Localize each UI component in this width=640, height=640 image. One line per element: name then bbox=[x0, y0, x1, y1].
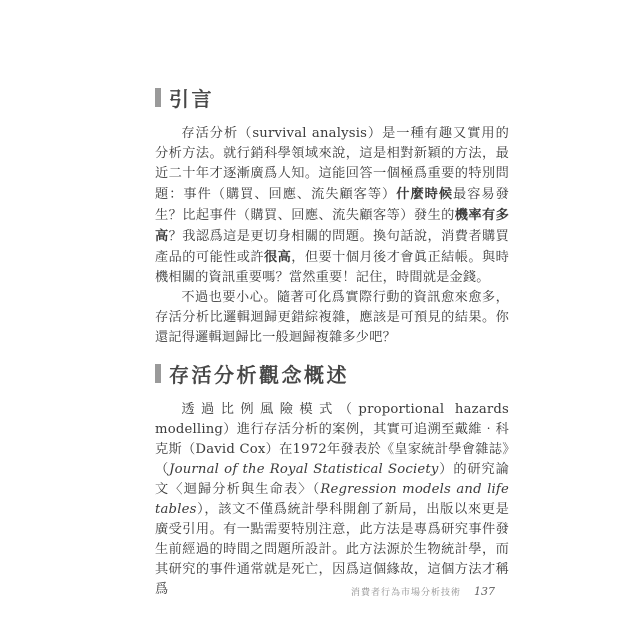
section-survival-analysis-overview: 存活分析觀念概述 透過比例風險模式（proportional hazards m… bbox=[155, 362, 509, 600]
heading-marker-bar-icon bbox=[155, 88, 161, 107]
page-content: 引言 存活分析（survival analysis）是一種有趣又實用的分析方法。… bbox=[155, 86, 509, 600]
emphasis-bold-text: 什麼時候 bbox=[396, 186, 453, 201]
italic-title-text: Journal of the Royal Statistical Society bbox=[169, 462, 438, 477]
page-footer: 消費者行為市場分析技術 137 bbox=[351, 585, 495, 598]
book-page: 引言 存活分析（survival analysis）是一種有趣又實用的分析方法。… bbox=[0, 0, 640, 640]
footer-page-number: 137 bbox=[474, 585, 495, 598]
section-introduction: 引言 存活分析（survival analysis）是一種有趣又實用的分析方法。… bbox=[155, 86, 509, 348]
section-heading-introduction: 引言 bbox=[155, 86, 509, 108]
paragraph: 透過比例風險模式（proportional hazards modelling）… bbox=[155, 400, 509, 600]
body-text: ），該文不僅爲統計學科開創了新局，出版以來更是廣受引用。有一點需要特別注意，此方… bbox=[155, 502, 509, 597]
emphasis-bold-text: 很高 bbox=[264, 249, 291, 264]
heading-marker-bar-icon bbox=[155, 364, 161, 383]
body-text: 不過也要小心。隨著可化爲實際行動的資訊愈來愈多，存活分析比邏輯迴歸更錯綜複雜，應… bbox=[155, 290, 509, 345]
footer-book-title: 消費者行為市場分析技術 bbox=[351, 585, 461, 598]
paragraph: 存活分析（survival analysis）是一種有趣又實用的分析方法。就行銷… bbox=[155, 124, 509, 288]
heading-text: 存活分析觀念概述 bbox=[169, 359, 349, 388]
paragraph: 不過也要小心。隨著可化爲實際行動的資訊愈來愈多，存活分析比邏輯迴歸更錯綜複雜，應… bbox=[155, 288, 509, 348]
section-heading-overview: 存活分析觀念概述 bbox=[155, 362, 509, 384]
heading-text: 引言 bbox=[169, 83, 214, 112]
